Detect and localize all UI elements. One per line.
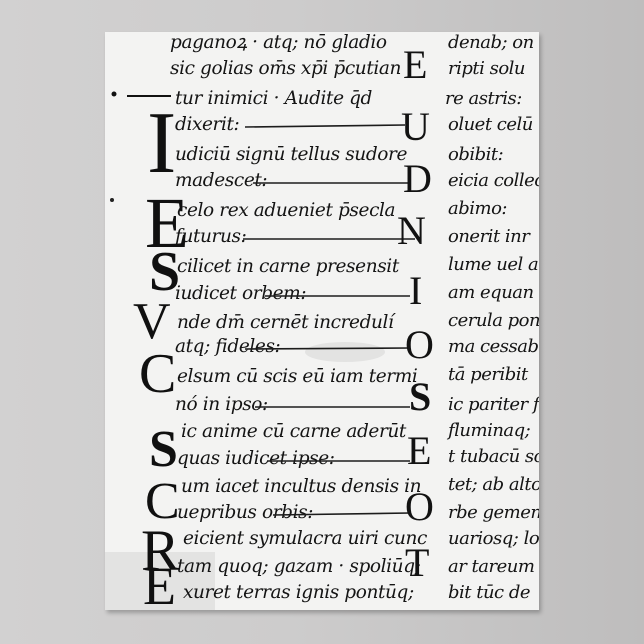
initial-letter: C bbox=[139, 343, 176, 405]
right-line: tet; ab alto bbox=[448, 474, 539, 495]
right-line: t tubacū so bbox=[448, 446, 539, 467]
initial-letter: E bbox=[407, 428, 431, 473]
right-line: eicia collec bbox=[448, 170, 539, 191]
left-line: tur inimici · Audite q̄d bbox=[175, 88, 373, 109]
left-line: sic golias om̄s xp̄i p̄cutian bbox=[170, 58, 401, 79]
initial-letter: E bbox=[403, 42, 427, 87]
left-line: elsum cū scis eū iam termi bbox=[177, 366, 417, 387]
left-line: quas iudicet ipse: bbox=[177, 448, 335, 469]
right-line: ic pariter f bbox=[448, 394, 539, 415]
initial-letter: S bbox=[149, 421, 178, 478]
right-line: lume uel al bbox=[448, 254, 539, 275]
left-line: uepribus orbis: bbox=[177, 502, 313, 523]
initial-letter: D bbox=[403, 156, 432, 201]
right-line: re astris: bbox=[445, 88, 522, 109]
right-line: am equan bbox=[448, 282, 534, 303]
paper-stain bbox=[305, 342, 385, 362]
right-line: bit tūc de bbox=[448, 582, 530, 603]
left-line: tam quoq; gazam · spoliūq; bbox=[177, 556, 421, 577]
left-line: cilicet in carne presensit bbox=[177, 256, 400, 277]
manuscript-page: paganoꝝ · atq; nō gladio sic golias om̄s… bbox=[105, 32, 539, 610]
right-line: abimo: bbox=[448, 198, 507, 219]
initial-letter: V bbox=[133, 293, 171, 350]
left-line: udiciū signū tellus sudore bbox=[175, 144, 407, 165]
left-column: paganoꝝ · atq; nō gladio sic golias om̄s… bbox=[170, 32, 428, 603]
right-line: tā peribit bbox=[448, 364, 529, 385]
initial-letter: T bbox=[405, 540, 429, 585]
right-line: ma cessabi bbox=[448, 336, 539, 357]
initial-letter: O bbox=[405, 484, 434, 529]
left-line: um iacet incultus densis in bbox=[181, 476, 421, 497]
right-line: fluminaq; bbox=[446, 420, 531, 441]
left-line: dixerit: bbox=[175, 114, 239, 135]
manuscript-poster: paganoꝝ · atq; nō gladio sic golias om̄s… bbox=[105, 32, 539, 610]
initial-letter: S bbox=[409, 374, 431, 419]
initial-letter: U bbox=[401, 104, 430, 149]
right-line: uariosq; lo bbox=[448, 528, 539, 549]
left-line: atq; fideles: bbox=[175, 336, 280, 357]
ink-dot bbox=[110, 198, 114, 202]
initial-letter: E bbox=[143, 556, 176, 610]
right-column: denab; on ripti solu re astris: oluet ce… bbox=[445, 32, 539, 603]
left-line: celo rex adueniet p̄secla bbox=[177, 200, 395, 221]
right-line: denab; on bbox=[448, 32, 534, 53]
left-line: eicient symulacra uiri cunc bbox=[183, 528, 428, 549]
right-line: oluet celū bbox=[448, 114, 533, 135]
right-line: ripti solu bbox=[448, 58, 525, 79]
left-line: iudicet orbem: bbox=[175, 283, 306, 304]
initial-letter: I bbox=[147, 95, 176, 192]
right-line: rbe gemen bbox=[448, 502, 539, 523]
ink-dot bbox=[112, 92, 117, 97]
initial-letter: N bbox=[397, 208, 426, 253]
initial-letter: I bbox=[409, 268, 422, 313]
left-line: xuret terras ignis pontūq; bbox=[183, 582, 414, 603]
right-line: obibit: bbox=[448, 144, 503, 165]
ruling-line bbox=[245, 348, 410, 349]
left-line: nde dm̄ cernēt incredulí bbox=[177, 312, 396, 333]
middle-letters: E U D N I O S E O T bbox=[397, 42, 434, 585]
left-line: nó in ipso: bbox=[175, 394, 268, 415]
left-line: ic anime cū carne aderūt bbox=[181, 421, 407, 442]
right-line: onerit inr bbox=[448, 226, 531, 247]
ruling-line bbox=[245, 125, 405, 127]
left-line: paganoꝝ · atq; nō gladio bbox=[170, 32, 387, 53]
right-line: ar tareum bbox=[448, 556, 534, 577]
initial-letter: O bbox=[405, 322, 434, 367]
right-line: cerula pon bbox=[448, 310, 539, 331]
